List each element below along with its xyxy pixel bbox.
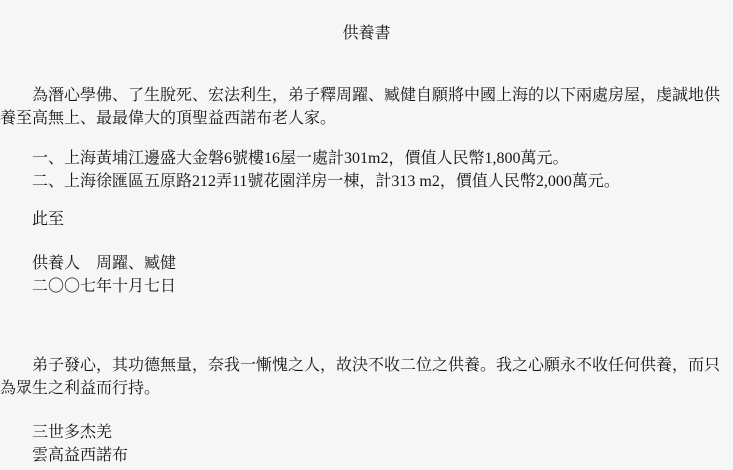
reply-signature-name-1: 三世多杰羌 xyxy=(0,421,733,444)
property-list: 一、上海黃埔江邊盛大金磐6號樓16屋一處計301m2，價值人民幣1,800萬元。… xyxy=(0,147,733,193)
reply-signature-block: 三世多杰羌 雲高益西諾布 xyxy=(0,421,733,467)
offerer-signature-line: 供養人 周躍、臧健 xyxy=(0,252,733,275)
closing-phrase: 此至 xyxy=(0,208,733,231)
reply-paragraph: 弟子發心，其功德無量，奈我一慚愧之人，故決不收二位之供養。我之心願永不收任何供養… xyxy=(0,354,733,400)
offering-letter-document: 供養書 為潛心學佛、了生脫死、宏法利生，弟子釋周躍、臧健自願將中國上海的以下兩處… xyxy=(0,0,733,470)
document-title: 供養書 xyxy=(0,22,733,45)
property-item-2: 二、上海徐匯區五原路212弄11號花園洋房一棟，計313 m2，價值人民幣2,0… xyxy=(0,170,733,193)
date-line: 二〇〇七年十月七日 xyxy=(0,275,733,298)
opening-paragraph: 為潛心學佛、了生脫死、宏法利生，弟子釋周躍、臧健自願將中國上海的以下兩處房屋，虔… xyxy=(0,84,733,130)
property-item-1: 一、上海黃埔江邊盛大金磐6號樓16屋一處計301m2，價值人民幣1,800萬元。 xyxy=(0,147,733,170)
offerer-signature-block: 供養人 周躍、臧健 二〇〇七年十月七日 xyxy=(0,252,733,298)
reply-signature-name-2: 雲高益西諾布 xyxy=(0,444,733,467)
